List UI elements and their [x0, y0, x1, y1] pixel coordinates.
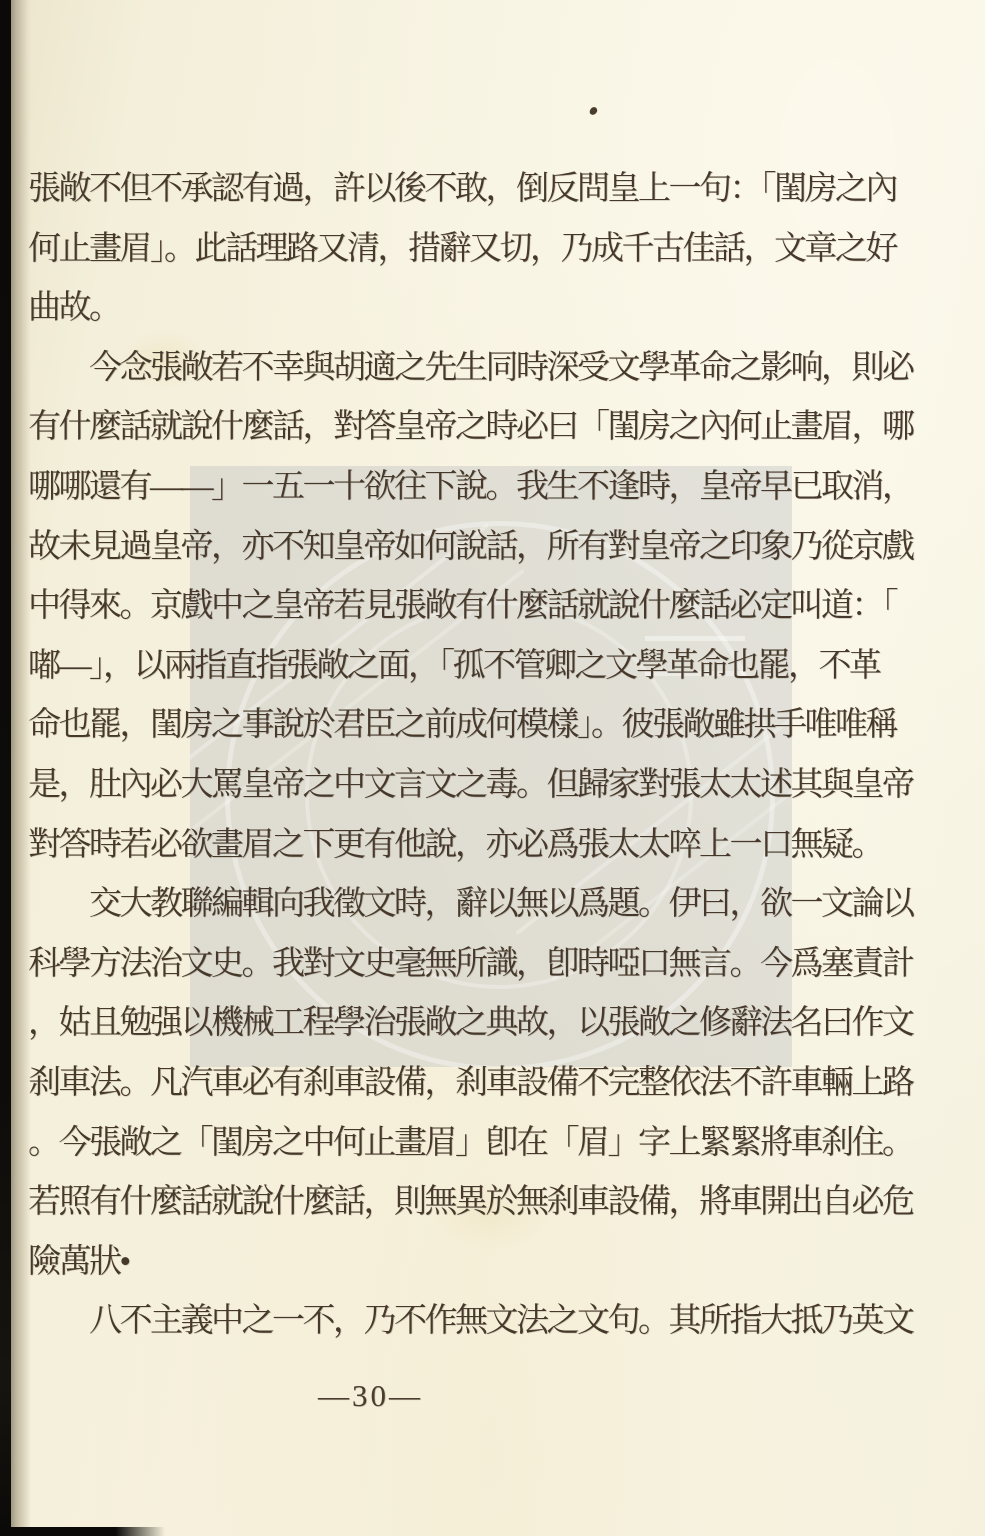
text-line: 若照有什麼話就說什麼話，則無異於無刹車設備，將車開出自必危	[28, 1173, 943, 1233]
text-line: 科學方法治文史。我對文史毫無所識，卽時啞口無言。今爲塞責計	[28, 935, 943, 995]
page-gutter-shadow	[11, 0, 31, 1536]
ink-speck	[589, 106, 598, 116]
text-line: 今念張敞若不幸與胡適之先生同時深受文學革命之影响，則必	[28, 339, 943, 399]
text-line: ，姑且勉强以機械工程學治張敞之典故，以張敞之修辭法名曰作文	[28, 994, 943, 1054]
scanned-page: 張敞不但不承認有過，許以後不敢，倒反問皇上一句：「閨房之內 何止畫眉」。此話理路…	[0, 0, 985, 1536]
text-line: 對答時若必欲畫眉之下更有他說，亦必爲張太太啐上一口無疑。	[28, 816, 943, 876]
text-line: 曲故。	[28, 279, 943, 339]
text-line: 有什麼話就說什麼話，對答皇帝之時必曰「閨房之內何止畫眉，哪	[28, 398, 943, 458]
text-line: 命也罷，閨房之事說於君臣之前成何模樣」。彼張敞雖拱手唯唯稱	[28, 696, 943, 756]
text-line: 。今張敞之「閨房之中何止畫眉」卽在「眉」字上緊緊將車刹住。	[28, 1114, 943, 1174]
text-line: 故未見過皇帝，亦不知皇帝如何說話，所有對皇帝之印象乃從京戲	[28, 518, 943, 578]
text-line: 中得來。京戲中之皇帝若見張敞有什麼話就說什麼話必定叫道：「	[28, 577, 943, 637]
text-line: 張敞不但不承認有過，許以後不敢，倒反問皇上一句：「閨房之內	[28, 160, 943, 220]
text-line: 哪哪還有——」一五一十欲往下說。我生不逢時，皇帝早已取消，	[28, 458, 943, 518]
scan-edge-bottom	[0, 1527, 165, 1536]
page-number: —30—	[318, 1378, 423, 1414]
text-line: 刹車法。凡汽車必有刹車設備，刹車設備不完整依法不許車輛上路	[28, 1054, 943, 1114]
text-line: 險萬狀•	[28, 1233, 943, 1293]
scan-edge-left	[0, 0, 11, 1536]
text-line: 嘟—」，以兩指直指張敞之面，「孤不管卿之文學革命也罷，不革	[28, 637, 943, 697]
body-text: 張敞不但不承認有過，許以後不敢，倒反問皇上一句：「閨房之內 何止畫眉」。此話理路…	[28, 160, 943, 1352]
text-line: 何止畫眉」。此話理路又清，措辭又切，乃成千古佳話，文章之好	[28, 220, 943, 280]
text-line: 是，肚內必大罵皇帝之中文言文之毒。但歸家對張太太述其與皇帝	[28, 756, 943, 816]
text-line: 八不主義中之一不，乃不作無文法之文句。其所指大抵乃英文	[28, 1292, 943, 1352]
text-line: 交大教聯編輯向我徵文時，辭以無以爲題。伊曰，欲一文論以	[28, 875, 943, 935]
